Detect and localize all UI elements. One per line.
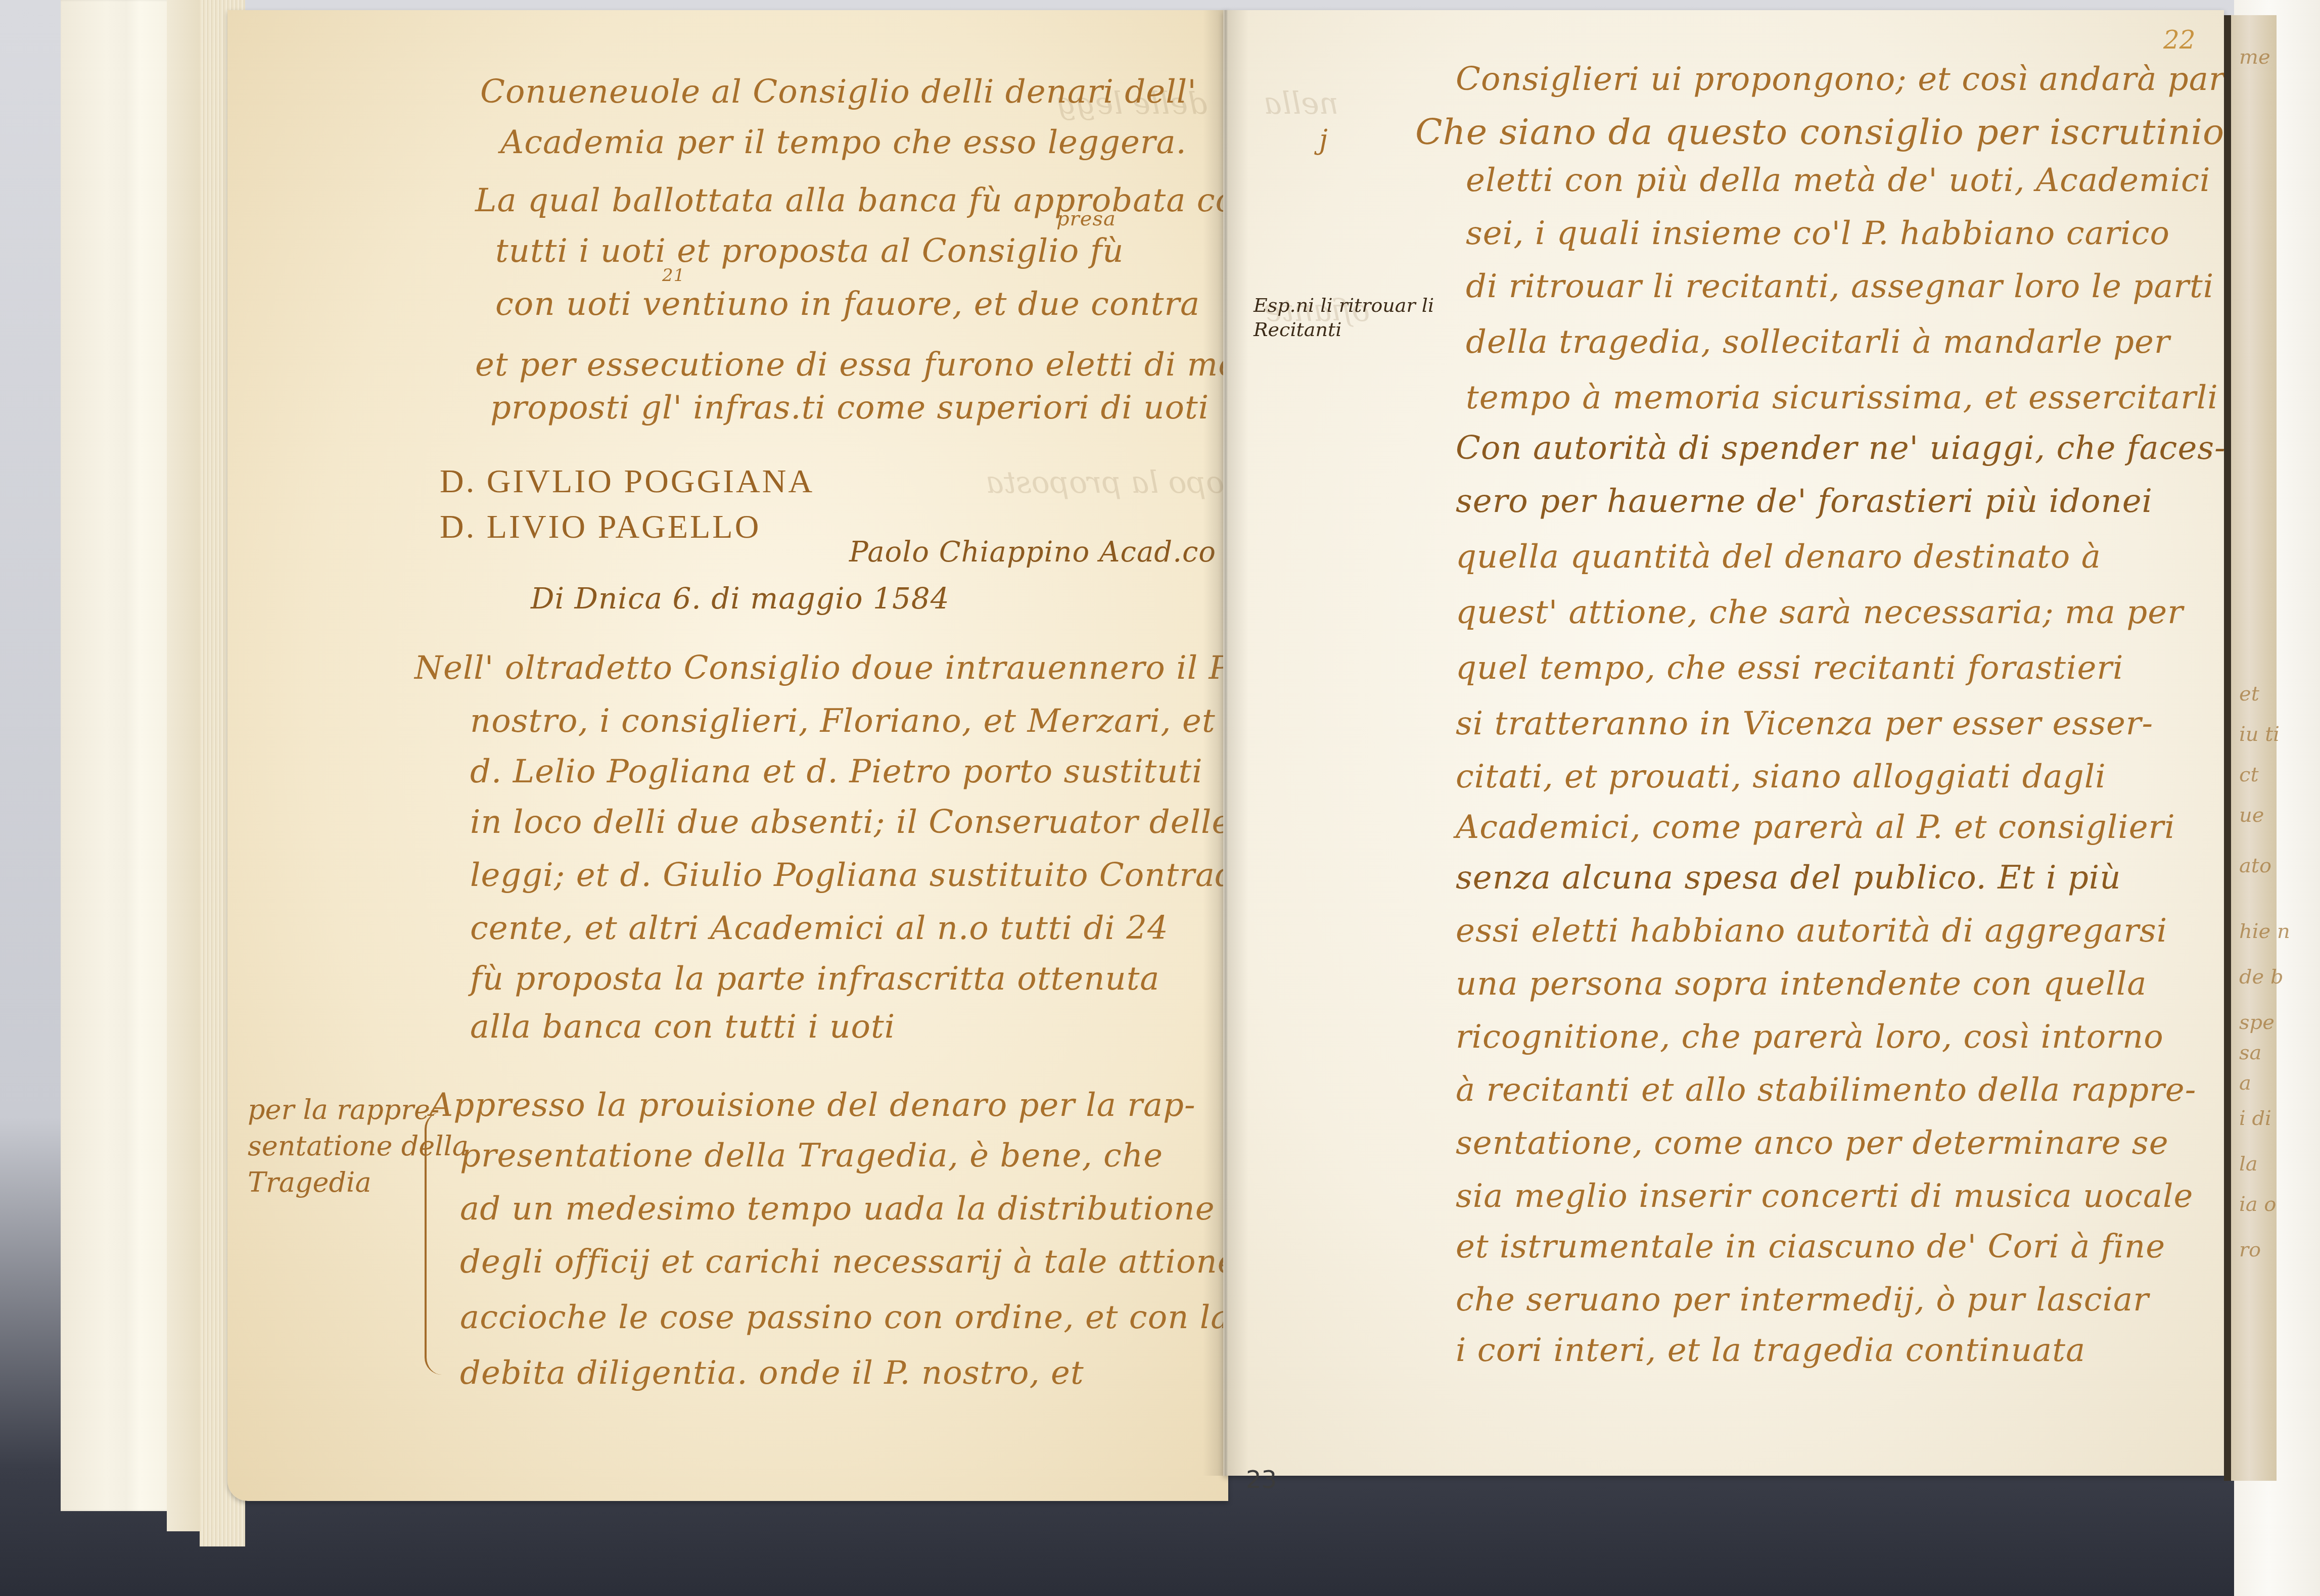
ms-line: d. Lelio Pogliana et d. Pietro porto sus… [470, 753, 1203, 790]
ms-line: quella quantità del denaro destinato à [1456, 538, 2101, 576]
fragment-text: ia o [2239, 1193, 2276, 1216]
ms-line: et istrumentale in ciascuno de' Cori à f… [1456, 1228, 2165, 1265]
fragment-text: de b [2239, 965, 2284, 989]
ms-line: à recitanti et allo stabilimento della r… [1456, 1071, 2196, 1109]
ms-line: una persona sopra intendente con quella [1456, 965, 2147, 1003]
elected-name: D. LIVIO PAGELLO [440, 508, 761, 546]
ms-line: Academici, come parerà al P. et consigli… [1456, 809, 2175, 846]
ms-line: sei, i quali insieme co'l P. habbiano ca… [1466, 215, 2170, 252]
fragment-text: la [2239, 1152, 2258, 1176]
ms-line: fù proposta la parte infrascritta ottenu… [470, 960, 1160, 998]
ms-line: in loco delli due absenti; il Conseruato… [470, 804, 1231, 841]
fragment-text: sa [2239, 1041, 2261, 1064]
fragment-text: a [2239, 1071, 2251, 1095]
ms-line: Che siano da questo consiglio per iscrut… [1415, 111, 2224, 153]
ms-line: alla banca con tutti i uoti [470, 1008, 895, 1046]
ms-line: sentatione, come anco per determinare se [1456, 1124, 2169, 1162]
ms-line: accioche le cose passino con ordine, et … [460, 1299, 1230, 1336]
ms-line: Appresso la prouisione del denaro per la… [430, 1087, 1196, 1124]
ms-line: sia meglio inserir concerti di musica uo… [1456, 1178, 2193, 1215]
date-line: Di Dnica 6. di maggio 1584 [531, 581, 950, 616]
ms-line: Conueneuole al Consiglio delli denari de… [480, 73, 1197, 111]
ms-line: proposti gl' infras.ti come superiori di… [490, 389, 1209, 427]
fragment-text: spe [2239, 1011, 2275, 1034]
margin-mark: j [1319, 124, 1328, 156]
right-page: nella ofiante 22 j Esp.ni li ritrouar li… [1223, 10, 2224, 1476]
ms-line: eletti con più della metà de' uoti, Acad… [1466, 162, 2210, 199]
ms-line: et per essecutione di essa furono eletti… [475, 346, 1273, 384]
fragment-text: hie n [2239, 920, 2290, 943]
ms-line: tutti i uoti et proposta al Consiglio fù [495, 232, 1124, 270]
ms-line: debita diligentia. onde il P. nostro, et [460, 1354, 1084, 1392]
interlinear-number: 21 [662, 265, 685, 286]
fragment-text: iu ti [2239, 723, 2280, 746]
ms-line: quest' attione, che sarà necessaria; ma … [1456, 594, 2184, 631]
ms-line: con uoti ventiuno in fauore, et due cont… [495, 286, 1200, 323]
torn-leaf-fragment: me et iu ti ct ue ato hie n de b spe sa … [2224, 15, 2277, 1481]
ms-line: tempo à memoria sicurissima, et essercit… [1466, 379, 2218, 416]
ink-bleed-through: nella [1264, 86, 1338, 121]
margin-note: Esp.ni li ritrouar li Recitanti [1254, 293, 1434, 342]
ms-line: ad un medesimo tempo uada la distributio… [460, 1190, 1215, 1228]
folio-number: 22 [2163, 25, 2196, 55]
ms-line: della tragedia, sollecitarli à mandarle … [1466, 323, 2170, 361]
fragment-text: ct [2239, 763, 2258, 786]
ms-line: leggi; et d. Giulio Pogliana sustituito … [470, 857, 1247, 894]
margin-bracket [425, 1112, 442, 1375]
ms-line: presentatione della Tragedia, è bene, ch… [460, 1137, 1163, 1175]
fragment-text: i di [2239, 1107, 2271, 1130]
ms-line: ricognitione, che parerà loro, così into… [1456, 1018, 2164, 1056]
ms-line: essi eletti habbiano autorità di aggrega… [1456, 912, 2167, 950]
fragment-text: et [2239, 682, 2259, 706]
fragment-text: me [2239, 45, 2270, 69]
fragment-text: ato [2239, 854, 2271, 877]
ms-line: sero per hauerne de' forastieri più idon… [1456, 483, 2153, 520]
ms-line: quel tempo, che essi recitanti forastier… [1456, 649, 2123, 687]
ms-line: senza alcuna spesa del publico. Et i più [1456, 859, 2121, 897]
left-page: delle legg Dopo la proposta Conueneuole … [227, 10, 1228, 1501]
ms-line: i cori interi, et la tragedia continuata [1456, 1332, 2085, 1369]
ms-line: Con autorità di spender ne' uiaggi, che … [1456, 430, 2226, 467]
fragment-text: ue [2239, 804, 2264, 827]
book-gutter [1203, 10, 1248, 1476]
pencil-folio-number: 23 [1246, 1466, 1277, 1494]
ms-line: degli officij et carichi necessarij à ta… [460, 1243, 1248, 1281]
ms-line: citati, et prouati, siano alloggiati dag… [1456, 758, 2106, 795]
ms-line: Nell' oltradetto Consiglio doue intrauen… [414, 649, 1235, 687]
ms-line: La qual ballottata alla banca fù approba… [475, 182, 1257, 219]
ms-line: si tratteranno in Vicenza per esser esse… [1456, 705, 2153, 742]
ms-line: di ritrouar li recitanti, assegnar loro … [1466, 268, 2214, 305]
fragment-text: ro [2239, 1238, 2261, 1261]
elected-name: D. GIVLIO POGGIANA [440, 462, 814, 501]
interlinear-insert: presa [1056, 207, 1116, 230]
ms-line: cente, et altri Academici al n.o tutti d… [470, 910, 1169, 947]
ms-line: che seruano per intermedij, ò pur lascia… [1456, 1281, 2149, 1319]
ms-line: nostro, i consiglieri, Floriano, et Merz… [470, 702, 1216, 740]
ms-line: Academia per il tempo che esso leggera. [500, 124, 1187, 161]
ms-line: Consiglieri ui propongono; et così andar… [1456, 61, 2258, 98]
